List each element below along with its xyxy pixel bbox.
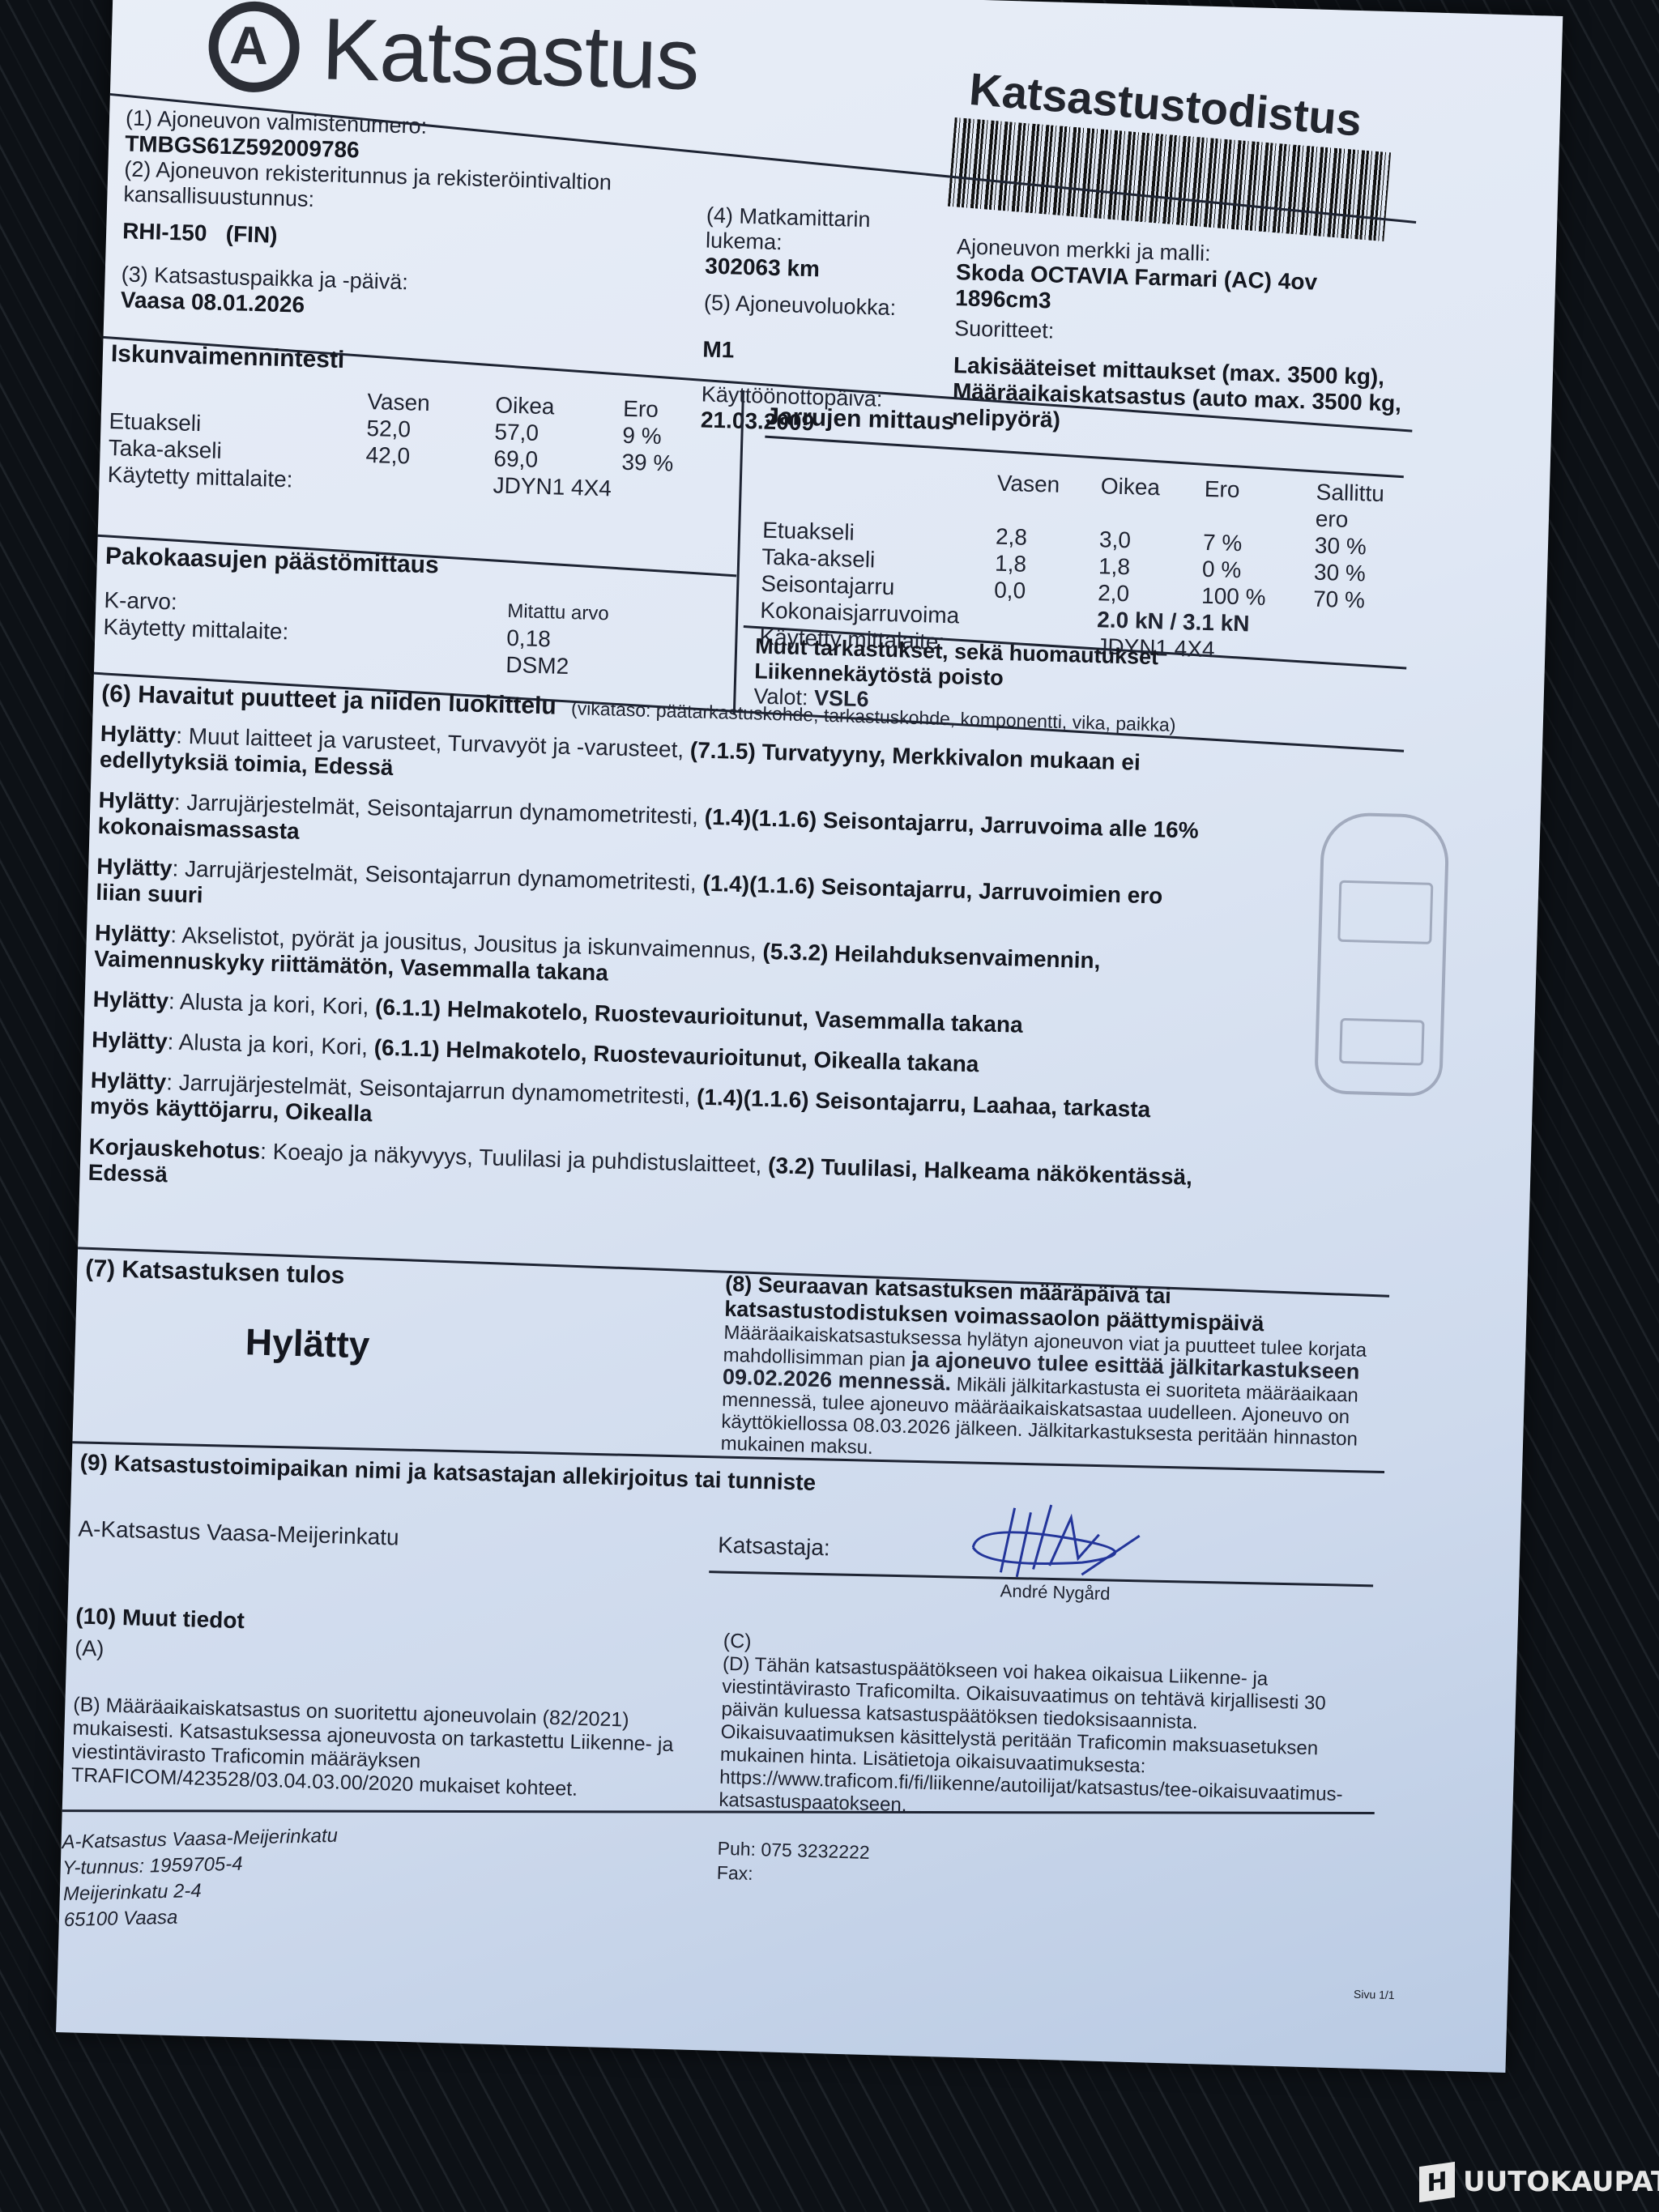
odometer-value: 302063 km (705, 254, 932, 286)
inspector-label: Katsastaja: (718, 1532, 830, 1562)
footer-address: A-Katsastus Vaasa-Meijerinkatu Y-tunnus:… (62, 1823, 340, 1933)
shock-test-title: Iskunvaimennintesti (110, 340, 727, 385)
next-inspection-section: (8) Seuraavan katsastuksen määräpäivä ta… (720, 1272, 1381, 1473)
defects-section: (6) Havaitut puutteet ja niiden luokitte… (87, 680, 1397, 1236)
shock-test-table: Vasen Oikea Ero Etuakseli52,057,09 % Tak… (107, 381, 689, 504)
next-inspection-text: Määräaikaiskatsastuksessa hylätyn ajoneu… (720, 1322, 1380, 1473)
defect-status: Hylätty (98, 787, 174, 815)
defect-list: Hylätty: Muut laitteet ja varusteet, Tur… (87, 721, 1396, 1221)
brand-logo: A Katsastus (207, 0, 701, 109)
defect-status: Hylätty (92, 1027, 168, 1055)
car-diagram-icon (1314, 812, 1450, 1097)
cube-logo-icon: H (1419, 2162, 1455, 2202)
emissions-table: K-arvo:Mitattu arvo Käytetty mittalaite:… (102, 586, 624, 681)
inspection-certificate: A Katsastus Katsastustodistus (1) Ajoneu… (56, 0, 1563, 2073)
defect-status: Hylätty (90, 1068, 166, 1095)
signature-icon (968, 1498, 1230, 1595)
class-label: (5) Ajoneuvoluokka: (704, 291, 932, 322)
brand-name: Katsastus (321, 0, 701, 109)
result-title: (7) Katsastuksen tulos (85, 1255, 718, 1301)
a-katsastus-logo-icon: A (207, 0, 301, 93)
defect-status: Korjauskehotus (88, 1134, 260, 1164)
brake-test-section: Jarrujen mittaus Vasen Oikea Ero Sallitt… (759, 403, 1414, 668)
result-value: Hylätty (245, 1319, 715, 1376)
emissions-section: Pakokaasujen päästömittaus K-arvo:Mitatt… (102, 543, 721, 684)
defect-status: Hylätty (92, 987, 168, 1014)
defect-status: Hylätty (95, 920, 171, 948)
odometer-label: (4) Matkamittarin lukema: (706, 203, 934, 260)
class-value: M1 (702, 336, 930, 369)
other-info-section: (10) Muut tiedot (A) (B) Määräaikaiskats… (71, 1603, 708, 1805)
defect-status: Hylätty (100, 721, 176, 748)
page-number: Sivu 1/1 (1354, 1988, 1395, 2001)
defects-title: (6) Havaitut puutteet ja niiden luokitte… (101, 680, 557, 720)
other-info-b: (B) Määräaikaiskatsastus on suoritettu a… (71, 1693, 706, 1805)
vehicle-info-left: (1) Ajoneuvon valmistenumero: TMBGS61Z59… (120, 105, 652, 327)
shock-test-section: Iskunvaimennintesti Vasen Oikea Ero Etua… (107, 340, 727, 505)
defect-item: Korjauskehotus: Koeajo ja näkyvyys, Tuul… (87, 1134, 1206, 1217)
emissions-title: Pakokaasujen päästömittaus (105, 543, 722, 587)
huutokaupat-watermark: H UUTOKAUPAT.COM (1419, 2164, 1659, 2200)
defect-status: Hylätty (96, 854, 173, 881)
result-section: (7) Katsastuksen tulos Hylätty (83, 1255, 717, 1377)
footer-contact: Puh: 075 3232222 Fax: (716, 1836, 870, 1889)
other-info-right: (C) (D) Tähän katsastuspäätökseen voi ha… (719, 1630, 1371, 1830)
reg-value: RHI-150 (FIN) (122, 218, 650, 258)
other-info-d: (D) Tähän katsastuspäätökseen voi hakea … (719, 1653, 1371, 1830)
fax: Fax: (716, 1860, 869, 1889)
